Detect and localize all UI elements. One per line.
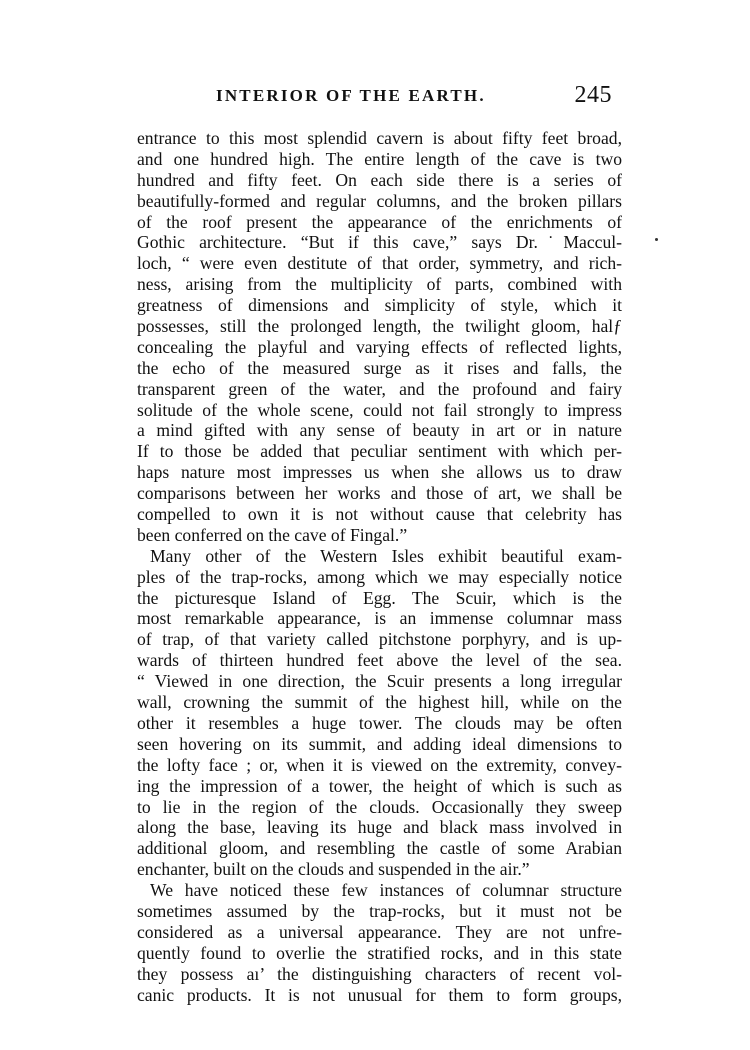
text-line: compelled to own it is not without cause… xyxy=(137,504,622,525)
text-line: wall, crowning the summit of the highest… xyxy=(137,692,622,713)
text-line: quently found to overlie the stratified … xyxy=(137,943,622,964)
text-line: concealing the playful and varying effec… xyxy=(137,337,622,358)
paragraph-1: entrance to this most splendid cavern is… xyxy=(137,128,622,546)
text-line: solitude of the whole scene, could not f… xyxy=(137,400,622,421)
text-line: hundred and fifty feet. On each side the… xyxy=(137,170,622,191)
text-line: comparisons between her works and those … xyxy=(137,483,622,504)
text-line: other it resembles a huge tower. The clo… xyxy=(137,713,622,734)
body-text: entrance to this most splendid cavern is… xyxy=(137,128,622,1005)
text-line: been conferred on the cave of Fingal.” xyxy=(137,525,622,546)
running-head: INTERIOR OF THE EARTH. 245 xyxy=(200,82,620,112)
text-line: wards of thirteen hundred feet above the… xyxy=(137,650,622,671)
book-page: INTERIOR OF THE EARTH. 245 entrance to t… xyxy=(0,0,750,1050)
text-line: possesses, still the prolonged length, t… xyxy=(137,316,622,337)
text-line: seen hovering on its summit, and adding … xyxy=(137,734,622,755)
text-line: If to those be added that peculiar senti… xyxy=(137,441,622,462)
text-line: haps nature most impresses us when she a… xyxy=(137,462,622,483)
text-line: ples of the trap-rocks, among which we m… xyxy=(137,567,622,588)
text-line: loch, “ were even destitute of that orde… xyxy=(137,253,622,274)
text-line: additional gloom, and resembling the cas… xyxy=(137,838,622,859)
paragraph-2: Many other of the Western Isles exhibit … xyxy=(137,546,622,880)
text-line: most remarkable appearance, is an immens… xyxy=(137,608,622,629)
text-line: entrance to this most splendid cavern is… xyxy=(137,128,622,149)
text-line: “ Viewed in one direction, the Scuir pre… xyxy=(137,671,622,692)
running-title: INTERIOR OF THE EARTH. xyxy=(216,86,486,106)
text-line: and one hundred high. The entire length … xyxy=(137,149,622,170)
text-line: sometimes assumed by the trap-rocks, but… xyxy=(137,901,622,922)
text-line: the echo of the measured surge as it ris… xyxy=(137,358,622,379)
page-number: 245 xyxy=(575,82,613,109)
text-line: greatness of dimensions and simplicity o… xyxy=(137,295,622,316)
text-line: the picturesque Island of Egg. The Scuir… xyxy=(137,588,622,609)
text-line: of trap, of that variety called pitchsto… xyxy=(137,629,622,650)
text-line: of the roof present the appearance of th… xyxy=(137,212,622,233)
text-line: the lofty face ; or, when it is viewed o… xyxy=(137,755,622,776)
text-line: enchanter, built on the clouds and suspe… xyxy=(137,859,622,880)
text-line: a mind gifted with any sense of beauty i… xyxy=(137,420,622,441)
text-line: they possess aı’ the distinguishing char… xyxy=(137,964,622,985)
text-line: ness, arising from the multiplicity of p… xyxy=(137,274,622,295)
text-line: We have noticed these few instances of c… xyxy=(137,880,622,901)
text-line: ing the impression of a tower, the heigh… xyxy=(137,776,622,797)
text-line: Many other of the Western Isles exhibit … xyxy=(137,546,622,567)
text-line: beautifully-formed and regular columns, … xyxy=(137,191,622,212)
text-line: along the base, leaving its huge and bla… xyxy=(137,817,622,838)
text-line: considered as a universal appearance. Th… xyxy=(137,922,622,943)
scan-speck xyxy=(655,238,658,241)
text-line: to lie in the region of the clouds. Occa… xyxy=(137,797,622,818)
text-line: transparent green of the water, and the … xyxy=(137,379,622,400)
paragraph-3: We have noticed these few instances of c… xyxy=(137,880,622,1005)
text-line: Gothic architecture. “But if this cave,”… xyxy=(137,232,622,253)
text-line: canic products. It is not unusual for th… xyxy=(137,985,622,1006)
